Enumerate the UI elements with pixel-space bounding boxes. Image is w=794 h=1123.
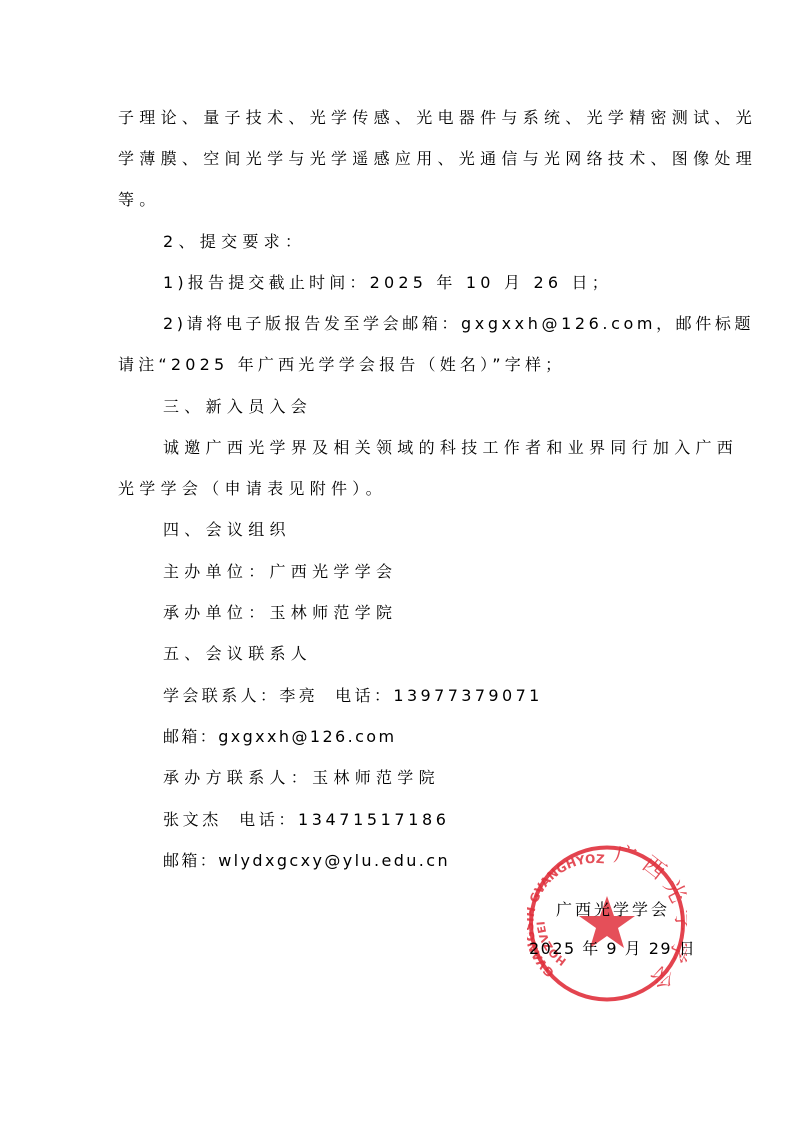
submission-email-line: 2)请将电子版报告发至学会邮箱：gxgxxh@126.com，邮件标题 — [163, 314, 754, 334]
organizer-contact-line: 承办方联系人：玉林师范学院 — [163, 768, 440, 788]
paragraph-line: 诚邀广西光学界及相关领域的科技工作者和业界同行加入广西 — [163, 438, 738, 458]
paragraph-line: 光学学会（申请表见附件）。 — [118, 479, 387, 499]
paragraph-line: 请注“2025 年广西光学学会报告（姓名）”字样； — [118, 355, 565, 375]
organizer-person-line: 张文杰 电话：13471517186 — [163, 810, 450, 830]
section-heading-submission: 2、提交要求： — [163, 232, 306, 252]
official-seal-icon: GVANGSIH GVANGHYOZ HOZVEI 广西光学学会 — [527, 842, 687, 1005]
paragraph-line: 学薄膜、空间光学与光学遥感应用、光通信与光网络技术、图像处理 — [118, 149, 757, 169]
society-email-line: 邮箱：gxgxxh@126.com — [163, 727, 396, 747]
paragraph-line: 等。 — [118, 190, 161, 210]
signature-organization: 广西光学学会 — [556, 900, 670, 920]
document-page: 子理论、量子技术、光学传感、光电器件与系统、光学精密测试、光 学薄膜、空间光学与… — [0, 0, 794, 1123]
host-line: 主办单位：广西光学学会 — [163, 562, 397, 582]
deadline-line: 1)报告提交截止时间：2025 年 10 月 26 日； — [163, 273, 612, 293]
signature-date: 2025 年 9 月 29 日 — [529, 939, 696, 959]
section-heading-contacts: 五、会议联系人 — [163, 644, 312, 664]
society-contact-line: 学会联系人：李亮 电话：13977379071 — [163, 686, 543, 706]
section-heading-membership: 三、新入员入会 — [163, 397, 312, 417]
organizer-line: 承办单位：玉林师范学院 — [163, 603, 397, 623]
organizer-email-line: 邮箱：wlydxgcxy@ylu.edu.cn — [163, 851, 450, 871]
section-heading-organization: 四、会议组织 — [163, 520, 291, 540]
paragraph-line: 子理论、量子技术、光学传感、光电器件与系统、光学精密测试、光 — [118, 108, 757, 128]
